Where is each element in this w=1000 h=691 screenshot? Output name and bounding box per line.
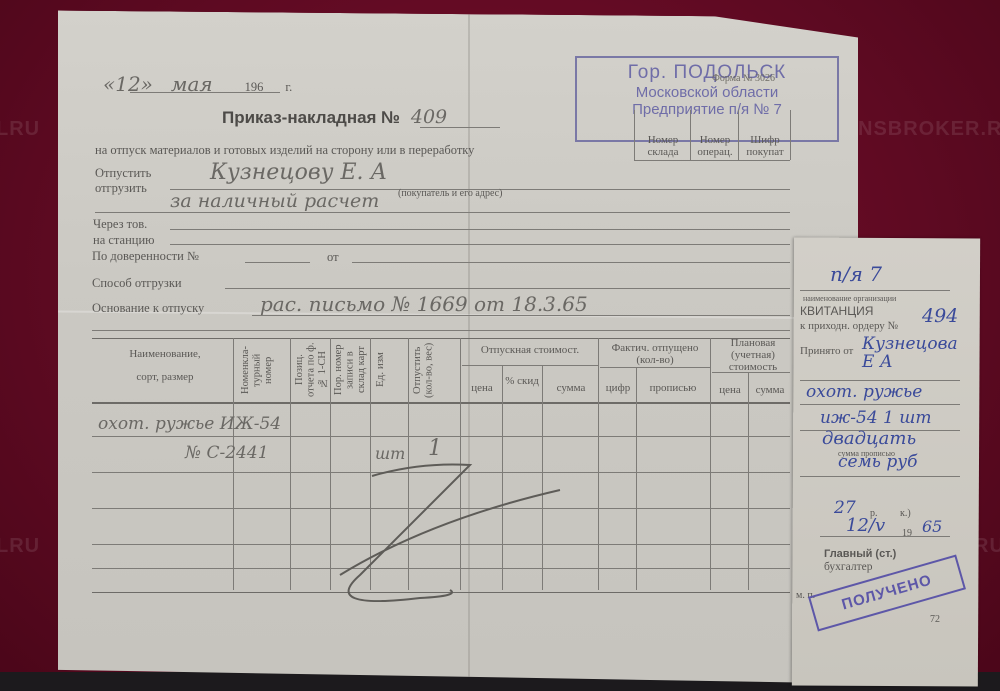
field-line bbox=[800, 404, 960, 405]
field-line bbox=[800, 290, 950, 291]
receipt-basis-line1: охот. ружье bbox=[806, 382, 922, 402]
receipt-date-value: 12/v bbox=[846, 515, 885, 536]
receipt-year-value: 65 bbox=[922, 517, 942, 536]
field-line bbox=[820, 536, 950, 537]
receipt-order-label: к приходн. ордеру № bbox=[800, 320, 898, 332]
receipt-order-value: 494 bbox=[922, 305, 958, 327]
receipt-accountant-line1: Главный (ст.) bbox=[824, 548, 896, 560]
receipt-received-from-value: Кузнецова Е А bbox=[862, 335, 972, 371]
receipt-sum-words-line2: семь руб bbox=[838, 452, 917, 472]
receipt-sum-words-line1: двадцать bbox=[822, 428, 916, 449]
receipt-org-caption: наименование организации bbox=[803, 294, 896, 303]
receipt-title: КВИТАНЦИЯ bbox=[800, 304, 873, 318]
receipt-received-from-label: Принято от bbox=[800, 345, 853, 357]
receipt-kop-label: к.) bbox=[900, 508, 911, 519]
field-line bbox=[800, 476, 960, 477]
receipt-corner-number: 72 bbox=[930, 614, 940, 625]
receipt-org-value: п/я 7 bbox=[830, 262, 882, 286]
receipt-year-prefix: 19 bbox=[902, 528, 912, 539]
receipt-basis-line2: иж-54 1 шт bbox=[820, 408, 932, 428]
field-line bbox=[800, 380, 960, 381]
receipt-accountant-line2: бухгалтер bbox=[824, 561, 872, 573]
